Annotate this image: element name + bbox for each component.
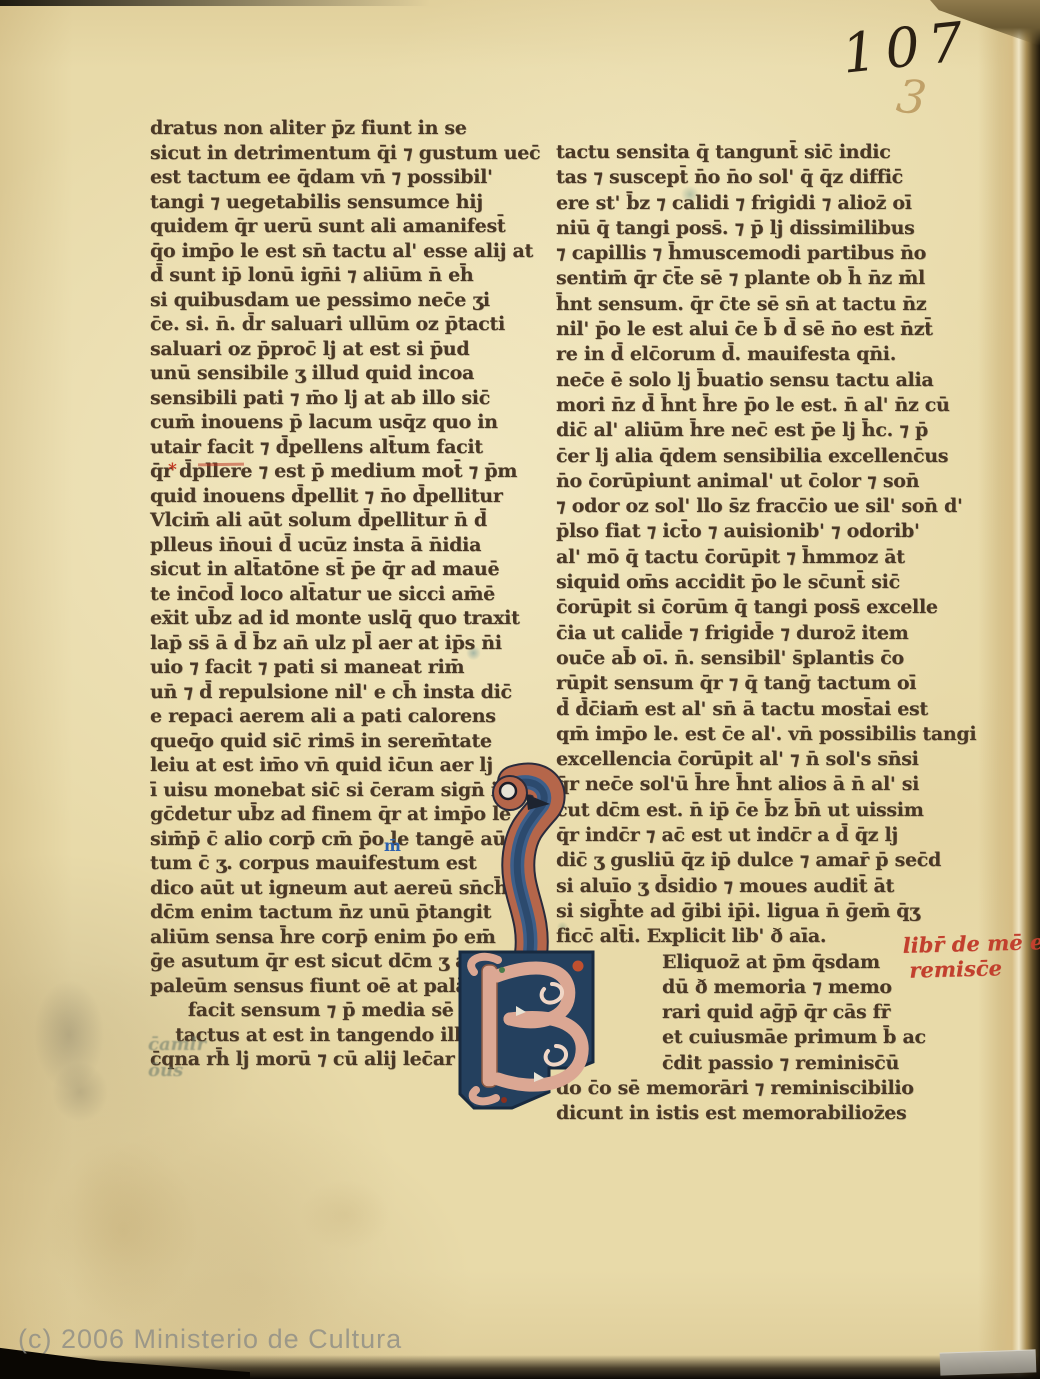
page-edge-bottom-right [940,1349,1037,1375]
manuscript-text-line: ere st' b̄z ⁊ calidi ⁊ frigidi ⁊ alioz̄ … [556,191,928,216]
manuscript-text-line: leiu at est im̄o vn̄ quid ic̄un aer lj [150,753,502,778]
manuscript-text-line: aliūm sensa h̄re corp̄ enim p̄o em̄ [150,925,502,950]
manuscript-text-line: siquid om̄s accidit p̄o le sc̄unt̄ sic̄ [556,570,928,595]
manuscript-text-line: excellencia c̄orūpit al' ⁊ n̄ sol's sn̄… [556,747,928,772]
manuscript-text-line: lap̄ ss̄ ā d̄ b̄z an̄ ulz pl̄ aer at ip… [150,631,502,656]
manuscript-text-line: p̄lso fiat ⁊ ict̄o ⁊ auisionib' ⁊ odorib… [556,519,928,544]
manuscript-scan: 107 3 dratus non aliter p̄z fiunt in ses… [0,0,1040,1379]
page-edge-right [978,0,1040,1379]
manuscript-text-line: ḡe asutum q̄r est sicut dc̄m ʒ alij ā [150,949,502,974]
manuscript-text-line: si quibusdam ue pessimo nec̄e ʒi [150,288,502,313]
manuscript-text-line: plleus in̄oui d̄ ucūz insta ā n̄idia [150,533,502,558]
manuscript-text-line: d̄ sunt ip̄ lonū ign̄i ⁊ aliūm n̄ eh̄ [150,263,502,288]
manuscript-text-line: facit sensum ⁊ p̄ media sē [150,998,502,1023]
manuscript-text-line: utair facit ⁊ d̄pellens alt̄um facit [150,435,502,460]
smudge-stain [34,980,104,1090]
page-edge-top-left [0,0,430,6]
manuscript-text-line: sentim̄ q̄r c̄t̄e sē ⁊ plante ob h̄ n̄z… [556,266,928,291]
manuscript-text-line: nil' p̄o le est alui c̄e b̄ d̄ sē n̄o e… [556,317,928,342]
manuscript-text-line: ī uisu monebat sic̄ si c̄eram sign̄ in [150,778,502,803]
manuscript-text-line: dc̄m enim tactum n̄z unū p̄tangit [150,900,502,925]
red-paraph-mark: * [168,460,177,480]
manuscript-text-line: c̄e. si. n̄. d̄r saluari ullūm oz p̄tac… [150,312,502,337]
manuscript-text-line: te inc̄od̄ loco alt̄atur ue sicci am̄ē [150,582,502,607]
quire-mark: 3 [894,68,930,125]
manuscript-text-line: do c̄o sē memorāri ⁊ reminiscibilio [556,1076,928,1101]
manuscript-text-line: e repaci aerem ali a pati calorens [150,704,502,729]
manuscript-text-line: un̄ ⁊ d̄ repulsione nil' e ch̄ insta dic… [150,680,502,705]
manuscript-text-line: q̄r indc̄r ⁊ ac̄ est ut indc̄r a d̄ q̄z … [556,823,928,848]
manuscript-text-line: c̄orūpit si c̄orūm q̄ tangi poss̄ exce… [556,595,928,620]
manuscript-text-line: Vlcim̄ ali aūt solum d̄pellitur n̄ d̄ [150,508,502,533]
manuscript-text-line: q̄r nec̄e sol'ū h̄re h̄nt alios ā n̄ a… [556,772,928,797]
manuscript-text-line: dico aūt ut igneum aut aereū sn̄ch̄ [150,876,502,901]
manuscript-text-line: ficc̄ alt̄i. Explicit lib' ð aīa. [556,924,928,949]
manuscript-text-line: nec̄e ē solo lj b̄uatio sensu tactu ali… [556,368,928,393]
manuscript-text-line: cum̄ inouens p̄ lacum usq̄z quo in [150,410,502,435]
parchment-discoloration [48,1140,198,1320]
manuscript-text-line: h̄nt sensum. q̄r c̄te sē sn̄ at tactu n… [556,292,928,317]
manuscript-text-line: c̄er lj alia q̄dem sensibilia excellenc̄… [556,444,928,469]
manuscript-text-line: sim̄p̄ c̄ alio corp̄ cm̄ p̄o le tangē a… [150,827,502,852]
left-text-column: dratus non aliter p̄z fiunt in sesicut i… [150,116,502,1072]
copyright-watermark: (c) 2006 Ministerio de Cultura [18,1324,402,1355]
manuscript-text-line: dicunt in istis est memorabilioz̄es [556,1101,928,1126]
manuscript-text-line: re in d̄ elc̄orum d̄. mauifesta qn̄i. [556,342,928,367]
manuscript-text-line: tactu sensita q̄ tangunt̄ sic̄ indic [556,140,928,165]
manuscript-text-line: n̄o c̄orūpiunt animal' ut c̄olor ⁊ son̄ [556,469,928,494]
manuscript-text-line: q̄o imp̄o le est sn̄ tactu al' esse alij… [150,239,502,264]
parchment-discoloration [300,1180,390,1250]
manuscript-text-line: rari quid aḡp̄ q̄r cās fr̄ [556,1000,928,1025]
manuscript-text-line: dratus non aliter p̄z fiunt in se [150,116,502,141]
manuscript-text-line: unū sensibile ʒ illud quid incoa [150,361,502,386]
faded-erased-word: c̄amlr [148,1034,206,1055]
manuscript-text-line: paleūm sensus fiunt oē at palām [150,974,502,999]
manuscript-text-line: gc̄detur ub̄z ad finem q̄r at imp̄o le s… [150,802,502,827]
manuscript-text-line: mori n̄z d̄ h̄nt h̄re p̄o le est. n̄ al'… [556,393,928,418]
manuscript-text-line: ⁊ capillis ⁊ h̄muscemodi partibus n̄o [556,241,928,266]
manuscript-text-line: dic̄ ʒ gusliū q̄z ip̄ dulce ⁊ amar̄ p̄ … [556,848,928,873]
faded-erased-word: ōus [148,1060,183,1081]
rubric-line: libr̄ de mē e [902,929,1040,958]
manuscript-text-line: dic̄ al' aliūm h̄re nec̄ est p̄e lj h̄c… [556,418,928,443]
manuscript-text-line: sicut in alt̄atōne st̄ p̄e q̄r ad mauē [150,557,502,582]
illuminated-initial-B [452,760,608,1122]
manuscript-text-line: si sigh̄te ad ḡibi ip̄i. ligua n̄ ḡem̄… [556,899,928,924]
manuscript-text-line: sensibili pati ⁊ m̄o lj at ab illo sic̄ [150,386,502,411]
manuscript-text-line: d̄ d̄c̄iam̄ est al' sn̄ ā tactu most̄ai… [556,697,928,722]
manuscript-text-line: si aluīo ʒ d̄sidio ⁊ moues audit̄ āt [556,874,928,899]
manuscript-text-line: ⁊ odor oz sol' llo s̄z fracc̄io ue sil' … [556,494,928,519]
manuscript-text-line: rūpit sensum q̄r ⁊ q̄ tanḡ tactum oī [556,671,928,696]
manuscript-text-line: sicut in detrimentum q̄i ⁊ gustum uec̄ [150,141,502,166]
manuscript-text-line: tangi ⁊ uegetabilis sensumce hij [150,190,502,215]
right-text-column: tactu sensita q̄ tangunt̄ sic̄ indictas … [556,140,928,1127]
smudge-stain [52,1062,108,1122]
manuscript-text-line: al' mō q̄ tactu c̄orūpit ⁊ h̄mmoz āt [556,545,928,570]
manuscript-text-line: tum c̄ ʒ. corpus mauifestum est [150,851,502,876]
manuscript-text-line: quidem q̄r uerū sunt ali amanifest̄ [150,214,502,239]
manuscript-text-line: niū q̄ tangi poss̄. ⁊ p̄ lj dissimilibu… [556,216,928,241]
manuscript-text-line: uio ⁊ facit ⁊ pati si maneat rim̄ [150,655,502,680]
manuscript-text-line: cut dc̄m est. n̄ ip̄ c̄e b̄z b̄n̄ ut uis… [556,798,928,823]
manuscript-text-line: ouc̄e ab̄ oī. n̄. sensibil' s̄plantis c… [556,646,928,671]
manuscript-text-line: et cuiusmāe primum b̄ ac [556,1025,928,1050]
marginal-rubric: libr̄ de mē e remisc̄e [902,929,1040,983]
manuscript-text-line: c̄dit passio ⁊ reminisc̄ū [556,1051,928,1076]
manuscript-text-line: queq̄o quid sic̄ rims̄ in serem̄tate [150,729,502,754]
manuscript-text-line: quid inouens d̄pellit ⁊ n̄o d̄pellitur [150,484,502,509]
rubric-line: remisc̄e [903,954,1040,983]
manuscript-text-line: qm̄ imp̄o le. est c̄e al'. vn̄ possibili… [556,722,928,747]
manuscript-text-line: dū ð memoria ⁊ memo [556,975,928,1000]
manuscript-text-line: tas ⁊ suscept̄ n̄o n̄o sol' q̄ q̄z diffi… [556,165,928,190]
manuscript-text-line: c̄ia ut calid̄e ⁊ frigid̄e ⁊ duroz̄ item [556,621,928,646]
manuscript-text-line: ex̄it ub̄z ad id monte uslq̄ quo traxit [150,606,502,631]
blue-correction-mark: m̄ [384,836,401,855]
manuscript-text-line: Eliquoz̄ at p̄m q̄sdam [556,950,928,975]
manuscript-text-line: est tactum ee q̄dam vn̄ ⁊ possibil' [150,165,502,190]
manuscript-text-line: saluari oz p̄proc̄ lj at est si p̄ud [150,337,502,362]
